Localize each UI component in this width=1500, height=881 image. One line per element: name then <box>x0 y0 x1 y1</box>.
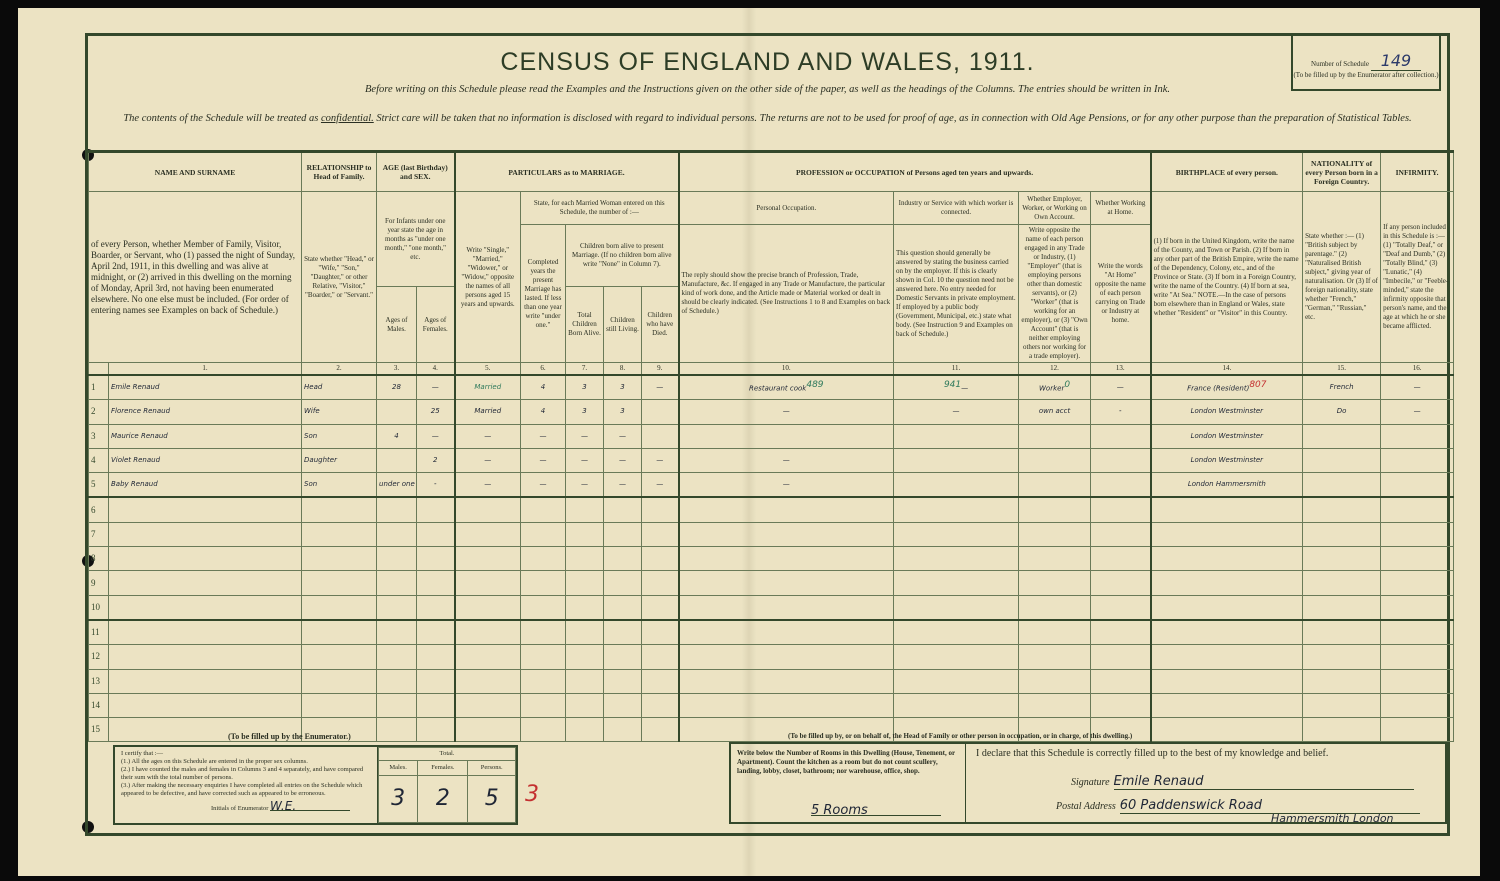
table-row: 14 <box>89 693 1454 717</box>
cell-name[interactable] <box>109 547 302 571</box>
cell-female[interactable] <box>417 547 455 571</box>
cell-occupation[interactable] <box>679 669 894 693</box>
cell-male[interactable] <box>377 400 417 424</box>
cell-infirmity[interactable] <box>1381 620 1454 645</box>
cell-male[interactable]: 28 <box>377 375 417 400</box>
cell-living[interactable] <box>604 522 642 546</box>
cell-birthplace[interactable]: London Westminster <box>1151 400 1303 424</box>
cell-born[interactable] <box>566 595 604 620</box>
cell-born[interactable] <box>566 547 604 571</box>
cell-living[interactable] <box>604 497 642 522</box>
cell-years[interactable]: — <box>521 424 566 448</box>
cell-female[interactable] <box>417 595 455 620</box>
desc-employer: Write opposite the name of each person e… <box>1019 225 1091 363</box>
cell-industry[interactable] <box>894 571 1019 595</box>
cell-rel[interactable] <box>302 620 377 645</box>
cell-employ[interactable] <box>1019 595 1091 620</box>
cell-infirmity[interactable] <box>1381 595 1454 620</box>
desc-years-married: Completed years the present Marriage has… <box>521 225 566 363</box>
cell-male[interactable] <box>377 522 417 546</box>
cell-birthplace[interactable] <box>1151 497 1303 522</box>
cell-home[interactable] <box>1091 595 1151 620</box>
cell-male[interactable]: 4 <box>377 424 417 448</box>
cell-marriage[interactable] <box>455 547 521 571</box>
row-number: 12 <box>89 645 109 669</box>
cell-occupation[interactable] <box>679 595 894 620</box>
cell-female[interactable] <box>417 522 455 546</box>
cell-male[interactable] <box>377 497 417 522</box>
cell-marriage[interactable]: Married <box>455 375 521 400</box>
cell-born[interactable]: — <box>566 448 604 472</box>
row-number: 3 <box>89 424 109 448</box>
cell-home[interactable] <box>1091 620 1151 645</box>
cell-female[interactable] <box>417 497 455 522</box>
cell-infirmity[interactable] <box>1381 669 1454 693</box>
cell-nationality[interactable] <box>1303 522 1381 546</box>
cell-infirmity[interactable] <box>1381 645 1454 669</box>
cell-occupation[interactable]: — <box>679 448 894 472</box>
cell-died[interactable] <box>642 645 679 669</box>
cell-home[interactable] <box>1091 669 1151 693</box>
row-number: 1 <box>89 375 109 400</box>
cell-years[interactable] <box>521 522 566 546</box>
desc-industry-head: Industry or Service with which worker is… <box>894 192 1019 225</box>
cell-marriage[interactable]: — <box>455 424 521 448</box>
row-number: 5 <box>89 473 109 498</box>
cell-died[interactable]: — <box>642 448 679 472</box>
cell-living[interactable] <box>604 595 642 620</box>
cell-employ[interactable] <box>1019 620 1091 645</box>
signature-row: SignatureEmile Renaud <box>1071 774 1414 790</box>
header-name: NAME AND SURNAME <box>89 152 302 192</box>
cell-name[interactable]: Emile Renaud <box>109 375 302 400</box>
cell-infirmity[interactable]: — <box>1381 375 1454 400</box>
cell-nationality[interactable] <box>1303 669 1381 693</box>
cell-infirmity[interactable] <box>1381 424 1454 448</box>
cell-employ[interactable] <box>1019 571 1091 595</box>
cell-rel[interactable] <box>302 669 377 693</box>
cell-died[interactable] <box>642 669 679 693</box>
cell-employ[interactable] <box>1019 693 1091 717</box>
page-title: CENSUS OF ENGLAND AND WALES, 1911. <box>88 48 1447 77</box>
cell-years[interactable]: 4 <box>521 375 566 400</box>
cell-nationality[interactable] <box>1303 645 1381 669</box>
cell-industry[interactable] <box>894 448 1019 472</box>
cell-marriage[interactable] <box>455 620 521 645</box>
cell-years[interactable] <box>521 669 566 693</box>
cell-years[interactable]: — <box>521 448 566 472</box>
cell-marriage[interactable] <box>455 718 521 742</box>
cell-occupation[interactable] <box>679 571 894 595</box>
cell-industry[interactable] <box>894 595 1019 620</box>
cell-years[interactable]: 4 <box>521 400 566 424</box>
row-number: 14 <box>89 693 109 717</box>
cell-years[interactable]: — <box>521 473 566 498</box>
header-nationality: NATIONALITY of every Person born in a Fo… <box>1303 152 1381 192</box>
cell-home[interactable] <box>1091 693 1151 717</box>
cell-marriage[interactable] <box>455 571 521 595</box>
header-age: AGE (last Birthday) and SEX. <box>377 152 455 192</box>
cell-birthplace[interactable] <box>1151 718 1303 742</box>
cell-home[interactable]: - <box>1091 400 1151 424</box>
cell-employ[interactable] <box>1019 497 1091 522</box>
total-persons[interactable]: 5 <box>468 776 516 823</box>
cell-nationality[interactable]: French <box>1303 375 1381 400</box>
cell-birthplace[interactable] <box>1151 522 1303 546</box>
cell-nationality[interactable] <box>1303 595 1381 620</box>
cell-occupation[interactable] <box>679 547 894 571</box>
cell-nationality[interactable] <box>1303 497 1381 522</box>
head-of-family-box: Write below the Number of Rooms in this … <box>729 742 1447 824</box>
cell-female[interactable] <box>417 669 455 693</box>
cell-nationality[interactable] <box>1303 718 1381 742</box>
cell-name[interactable] <box>109 620 302 645</box>
cell-rel[interactable] <box>302 522 377 546</box>
cell-female[interactable] <box>417 620 455 645</box>
cell-birthplace[interactable]: London Hammersmith <box>1151 473 1303 498</box>
cell-living[interactable] <box>604 620 642 645</box>
cell-employ[interactable] <box>1019 645 1091 669</box>
cell-marriage[interactable]: — <box>455 448 521 472</box>
cell-rel[interactable] <box>302 571 377 595</box>
cell-home[interactable] <box>1091 645 1151 669</box>
row-number: 6 <box>89 497 109 522</box>
cell-years[interactable] <box>521 547 566 571</box>
cell-nationality[interactable] <box>1303 571 1381 595</box>
cell-died[interactable] <box>642 400 679 424</box>
cell-infirmity[interactable] <box>1381 718 1454 742</box>
cell-home[interactable] <box>1091 547 1151 571</box>
cell-died[interactable] <box>642 522 679 546</box>
cell-rel[interactable] <box>302 497 377 522</box>
rooms-count[interactable]: 5 Rooms <box>811 806 941 816</box>
cell-infirmity[interactable] <box>1381 693 1454 717</box>
total-males[interactable]: 3 <box>379 776 418 823</box>
desc-home-head: Whether Working at Home. <box>1091 192 1151 225</box>
cell-living[interactable]: 3 <box>604 375 642 400</box>
row-number: 15 <box>89 718 109 742</box>
total-females[interactable]: 2 <box>418 776 468 823</box>
desc-children-living: Children still Living. <box>604 287 642 363</box>
cell-home[interactable] <box>1091 497 1151 522</box>
desc-personal-occupation-head: Personal Occupation. <box>679 192 894 225</box>
cell-born[interactable] <box>566 669 604 693</box>
cell-male[interactable] <box>377 547 417 571</box>
cell-died[interactable] <box>642 718 679 742</box>
desc-industry: This question should generally be answer… <box>894 225 1019 363</box>
rooms-box: Write below the Number of Rooms in this … <box>731 744 966 822</box>
cell-industry[interactable] <box>894 497 1019 522</box>
cell-died[interactable] <box>642 497 679 522</box>
cell-years[interactable] <box>521 497 566 522</box>
cell-living[interactable] <box>604 718 642 742</box>
cell-employ[interactable] <box>1019 448 1091 472</box>
cell-rel[interactable] <box>302 645 377 669</box>
cell-marriage[interactable] <box>455 522 521 546</box>
cell-industry[interactable]: — <box>894 400 1019 424</box>
cell-female[interactable] <box>417 571 455 595</box>
cell-name[interactable] <box>109 497 302 522</box>
cell-rel[interactable]: Son <box>302 473 377 498</box>
cell-female[interactable]: 2 <box>417 448 455 472</box>
cell-born[interactable]: 3 <box>566 400 604 424</box>
cell-female[interactable] <box>417 693 455 717</box>
cell-male[interactable] <box>377 595 417 620</box>
cell-female[interactable]: — <box>417 424 455 448</box>
cell-nationality[interactable] <box>1303 424 1381 448</box>
cell-home[interactable] <box>1091 448 1151 472</box>
cell-nationality[interactable] <box>1303 547 1381 571</box>
cell-living[interactable]: — <box>604 473 642 498</box>
cell-nationality[interactable] <box>1303 620 1381 645</box>
cell-died[interactable]: — <box>642 473 679 498</box>
cell-birthplace[interactable] <box>1151 620 1303 645</box>
cell-died[interactable]: — <box>642 375 679 400</box>
cell-born[interactable]: 3 <box>566 375 604 400</box>
schedule-number[interactable]: 149 <box>1371 51 1421 71</box>
cell-name[interactable] <box>109 522 302 546</box>
row-number: 10 <box>89 595 109 620</box>
cell-marriage[interactable] <box>455 497 521 522</box>
cell-nationality[interactable] <box>1303 473 1381 498</box>
cell-occupation[interactable] <box>679 620 894 645</box>
table-row: 2Florence RenaudWife25Married433——own ac… <box>89 400 1454 424</box>
cell-male[interactable] <box>377 645 417 669</box>
cell-home[interactable] <box>1091 522 1151 546</box>
cell-name[interactable] <box>109 693 302 717</box>
cell-name[interactable]: Baby Renaud <box>109 473 302 498</box>
cell-occupation[interactable] <box>679 497 894 522</box>
cell-marriage[interactable] <box>455 595 521 620</box>
desc-children-died: Children who have Died. <box>642 287 679 363</box>
cell-infirmity[interactable] <box>1381 473 1454 498</box>
cell-marriage[interactable]: Married <box>455 400 521 424</box>
cell-infirmity[interactable] <box>1381 448 1454 472</box>
table-row: 1Emile RenaudHead28—Married433—Restauran… <box>89 375 1454 400</box>
cell-male[interactable] <box>377 693 417 717</box>
cell-birthplace[interactable] <box>1151 595 1303 620</box>
table-row: 10 <box>89 595 1454 620</box>
table-row: 3Maurice RenaudSon4—————London Westminst… <box>89 424 1454 448</box>
cell-home[interactable] <box>1091 473 1151 498</box>
cell-industry[interactable] <box>894 645 1019 669</box>
cell-years[interactable] <box>521 595 566 620</box>
cell-marriage[interactable] <box>455 693 521 717</box>
cell-employ[interactable] <box>1019 522 1091 546</box>
desc-birthplace: (1) If born in the United Kingdom, write… <box>1151 192 1303 363</box>
signature-field[interactable]: Emile Renaud <box>1114 774 1414 790</box>
cell-living[interactable]: 3 <box>604 400 642 424</box>
cell-birthplace[interactable] <box>1151 547 1303 571</box>
cell-rel[interactable] <box>302 547 377 571</box>
cell-infirmity[interactable] <box>1381 522 1454 546</box>
row-number: 2 <box>89 400 109 424</box>
confidentiality-note: The contents of the Schedule will be tre… <box>98 111 1437 126</box>
cell-years[interactable] <box>521 693 566 717</box>
cell-marriage[interactable] <box>455 645 521 669</box>
cell-home[interactable] <box>1091 571 1151 595</box>
enumerator-initials[interactable]: W.E. <box>270 802 350 811</box>
cell-years[interactable] <box>521 620 566 645</box>
table-row: 5Baby RenaudSonunder one month-——————Lon… <box>89 473 1454 498</box>
cell-female[interactable]: — <box>417 375 455 400</box>
cell-name[interactable] <box>109 571 302 595</box>
cell-infirmity[interactable] <box>1381 547 1454 571</box>
address-line2[interactable]: Hammersmith London <box>1271 812 1394 825</box>
cell-infirmity[interactable] <box>1381 497 1454 522</box>
cell-rel[interactable] <box>302 595 377 620</box>
cell-born[interactable]: — <box>566 473 604 498</box>
cell-employ[interactable]: own acct <box>1019 400 1091 424</box>
cell-nationality[interactable] <box>1303 448 1381 472</box>
cell-employ[interactable] <box>1019 473 1091 498</box>
row-number: 7 <box>89 522 109 546</box>
cell-died[interactable] <box>642 424 679 448</box>
cell-occupation[interactable] <box>679 424 894 448</box>
cell-employ[interactable] <box>1019 424 1091 448</box>
cell-name[interactable]: Maurice Renaud <box>109 424 302 448</box>
cell-birthplace[interactable] <box>1151 669 1303 693</box>
row-number: 4 <box>89 448 109 472</box>
desc-ages-females: Ages of Females. <box>417 287 455 363</box>
cell-living[interactable] <box>604 693 642 717</box>
cell-occupation[interactable] <box>679 693 894 717</box>
cell-living[interactable]: — <box>604 424 642 448</box>
cell-living[interactable] <box>604 571 642 595</box>
desc-personal-occupation: The reply should show the precise branch… <box>679 225 894 363</box>
cell-born[interactable] <box>566 693 604 717</box>
cell-born[interactable] <box>566 718 604 742</box>
cell-home[interactable] <box>1091 424 1151 448</box>
cell-birthplace[interactable] <box>1151 645 1303 669</box>
cell-male[interactable] <box>377 718 417 742</box>
row-number: 11 <box>89 620 109 645</box>
cell-nationality[interactable]: Do <box>1303 400 1381 424</box>
cell-employ[interactable]: Worker0 <box>1019 375 1091 400</box>
cell-female[interactable]: - <box>417 473 455 498</box>
cell-name[interactable] <box>109 669 302 693</box>
cell-female[interactable] <box>417 718 455 742</box>
cell-born[interactable] <box>566 571 604 595</box>
cell-born[interactable] <box>566 620 604 645</box>
cell-female[interactable] <box>417 645 455 669</box>
cell-nationality[interactable] <box>1303 693 1381 717</box>
cell-years[interactable] <box>521 718 566 742</box>
cell-years[interactable] <box>521 571 566 595</box>
desc-relationship: State whether "Head," or "Wife," "Son," … <box>302 192 377 363</box>
cell-male[interactable] <box>377 571 417 595</box>
desc-employer-head: Whether Employer, Worker, or Working on … <box>1019 192 1091 225</box>
cell-name[interactable] <box>109 645 302 669</box>
cell-marriage[interactable]: — <box>455 473 521 498</box>
census-table: NAME AND SURNAME RELATIONSHIP to Head of… <box>88 150 1454 742</box>
cell-industry[interactable] <box>894 522 1019 546</box>
cell-died[interactable] <box>642 571 679 595</box>
table-row: 8 <box>89 547 1454 571</box>
instructions-note: Before writing on this Schedule please r… <box>88 84 1447 95</box>
cell-name[interactable] <box>109 595 302 620</box>
cell-male[interactable] <box>377 669 417 693</box>
cell-rel[interactable]: Son <box>302 424 377 448</box>
cell-died[interactable] <box>642 620 679 645</box>
cell-died[interactable] <box>642 547 679 571</box>
cell-born[interactable] <box>566 497 604 522</box>
cell-occupation[interactable]: — <box>679 400 894 424</box>
desc-children-born: Total Children Born Alive. <box>566 287 604 363</box>
cell-male[interactable]: under one month <box>377 473 417 498</box>
cell-rel[interactable] <box>302 693 377 717</box>
desc-ages-males: Ages of Males. <box>377 287 417 363</box>
cell-marriage[interactable] <box>455 669 521 693</box>
cell-living[interactable] <box>604 547 642 571</box>
cell-living[interactable] <box>604 669 642 693</box>
cell-industry[interactable] <box>894 424 1019 448</box>
enumerator-label: (To be filled up by the Enumerator.) <box>228 732 351 741</box>
cell-industry[interactable] <box>894 669 1019 693</box>
code-annotation: 941 <box>944 380 961 390</box>
table-row: 4Violet RenaudDaughter2——————London West… <box>89 448 1454 472</box>
cell-born[interactable] <box>566 522 604 546</box>
cell-birthplace[interactable]: London Westminster <box>1151 424 1303 448</box>
cell-infirmity[interactable] <box>1381 571 1454 595</box>
cell-industry[interactable] <box>894 473 1019 498</box>
cell-rel[interactable]: Daughter <box>302 448 377 472</box>
cell-birthplace[interactable]: London Westminster <box>1151 448 1303 472</box>
header-marriage: PARTICULARS as to MARRIAGE. <box>455 152 679 192</box>
header-birthplace: BIRTHPLACE of every person. <box>1151 152 1303 192</box>
cell-living[interactable]: — <box>604 448 642 472</box>
cell-name[interactable]: Violet Renaud <box>109 448 302 472</box>
cell-female[interactable]: 25 <box>417 400 455 424</box>
cell-rel[interactable]: Head <box>302 375 377 400</box>
cell-infirmity[interactable]: — <box>1381 400 1454 424</box>
cell-died[interactable] <box>642 693 679 717</box>
cell-occupation[interactable]: Restaurant cook489 <box>679 375 894 400</box>
cell-name[interactable]: Florence Renaud <box>109 400 302 424</box>
header-relationship: RELATIONSHIP to Head of Family. <box>302 152 377 192</box>
cell-employ[interactable] <box>1019 547 1091 571</box>
cell-occupation[interactable]: — <box>679 473 894 498</box>
cell-home[interactable]: — <box>1091 375 1151 400</box>
table-row: 9 <box>89 571 1454 595</box>
cell-birthplace[interactable] <box>1151 693 1303 717</box>
cell-male[interactable] <box>377 620 417 645</box>
cell-birthplace[interactable] <box>1151 571 1303 595</box>
cell-occupation[interactable] <box>679 645 894 669</box>
cell-living[interactable] <box>604 645 642 669</box>
cell-industry[interactable] <box>894 620 1019 645</box>
cell-died[interactable] <box>642 595 679 620</box>
cell-years[interactable] <box>521 645 566 669</box>
cell-occupation[interactable] <box>679 522 894 546</box>
declaration: I declare that this Schedule is correctl… <box>976 748 1328 759</box>
cell-employ[interactable] <box>1019 669 1091 693</box>
code-annotation: 0 <box>1064 380 1070 390</box>
cell-born[interactable]: — <box>566 424 604 448</box>
table-row: 13 <box>89 669 1454 693</box>
red-mark: 3 <box>525 782 539 807</box>
cell-industry[interactable] <box>894 547 1019 571</box>
cell-birthplace[interactable]: France (Resident)807 <box>1151 375 1303 400</box>
table-row: 6 <box>89 497 1454 522</box>
schedule-number-box: Number of Schedule149 (To be filled up b… <box>1291 33 1441 91</box>
cell-male[interactable] <box>377 448 417 472</box>
cell-industry[interactable]: 941— <box>894 375 1019 400</box>
cell-industry[interactable] <box>894 693 1019 717</box>
head-of-family-label: (To be filled up by, or on behalf of, th… <box>788 732 1132 740</box>
cell-born[interactable] <box>566 645 604 669</box>
cell-rel[interactable]: Wife <box>302 400 377 424</box>
